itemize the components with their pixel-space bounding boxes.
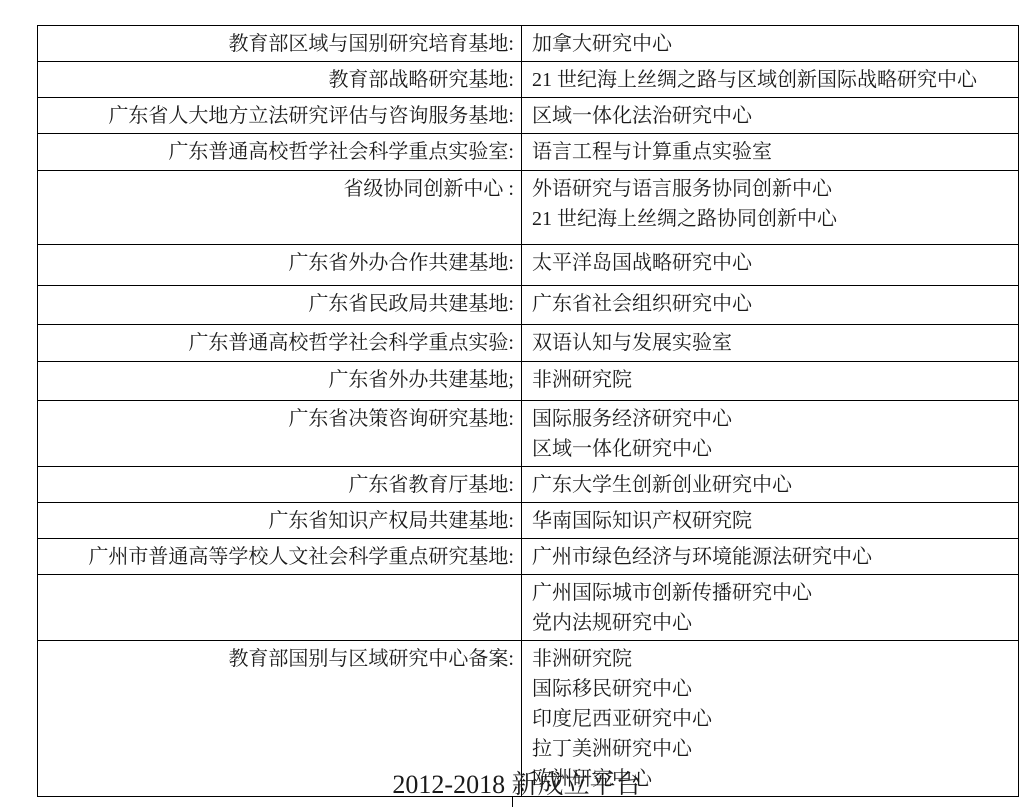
- research-platforms-table: 教育部区域与国别研究培育基地: 加拿大研究中心 教育部战略研究基地: 21 世纪…: [37, 25, 1019, 797]
- row-values: 21 世纪海上丝绸之路与区域创新国际战略研究中心: [522, 62, 1019, 98]
- row-value: 广东大学生创新创业研究中心: [532, 470, 1017, 500]
- row-values: 太平洋岛国战略研究中心: [522, 245, 1019, 286]
- row-label: 广州市普通高等学校人文社会科学重点研究基地:: [38, 539, 522, 575]
- row-label: 广东省决策咨询研究基地:: [38, 401, 522, 467]
- row-value: 国际移民研究中心: [532, 674, 1017, 704]
- row-label: 教育部战略研究基地:: [38, 62, 522, 98]
- row-value: 国际服务经济研究中心: [532, 404, 1017, 434]
- table-row: 广东省人大地方立法研究评估与咨询服务基地: 区域一体化法治研究中心: [38, 98, 1019, 134]
- row-value: 21 世纪海上丝绸之路协同创新中心: [532, 204, 1017, 234]
- row-value: 双语认知与发展实验室: [532, 328, 1017, 358]
- table-row: 教育部区域与国别研究培育基地: 加拿大研究中心: [38, 26, 1019, 62]
- row-values: 国际服务经济研究中心 区域一体化研究中心: [522, 401, 1019, 467]
- row-values: 华南国际知识产权研究院: [522, 503, 1019, 539]
- table-row: 广东省决策咨询研究基地: 国际服务经济研究中心 区域一体化研究中心: [38, 401, 1019, 467]
- row-value: 印度尼西亚研究中心: [532, 704, 1017, 734]
- row-label: [38, 575, 522, 641]
- row-label: 广东省外办共建基地;: [38, 362, 522, 401]
- row-label: 广东省外办合作共建基地:: [38, 245, 522, 286]
- row-values: 外语研究与语言服务协同创新中心 21 世纪海上丝绸之路协同创新中心: [522, 171, 1019, 245]
- row-values: 广州市绿色经济与环境能源法研究中心: [522, 539, 1019, 575]
- row-value: 区域一体化法治研究中心: [532, 101, 1017, 131]
- row-value: 非洲研究院: [532, 365, 1017, 395]
- row-values: 广东大学生创新创业研究中心: [522, 467, 1019, 503]
- row-value: 太平洋岛国战略研究中心: [532, 248, 1017, 278]
- row-value: 党内法规研究中心: [532, 608, 1017, 638]
- row-value: 加拿大研究中心: [532, 29, 1017, 59]
- table-row: 教育部战略研究基地: 21 世纪海上丝绸之路与区域创新国际战略研究中心: [38, 62, 1019, 98]
- row-label: 广东省人大地方立法研究评估与咨询服务基地:: [38, 98, 522, 134]
- table-row: 省级协同创新中心 : 外语研究与语言服务协同创新中心 21 世纪海上丝绸之路协同…: [38, 171, 1019, 245]
- row-value: 21 世纪海上丝绸之路与区域创新国际战略研究中心: [532, 65, 1017, 95]
- table-row: 广东普通高校哲学社会科学重点实验: 双语认知与发展实验室: [38, 325, 1019, 362]
- row-value: 区域一体化研究中心: [532, 434, 1017, 464]
- row-value: 拉丁美洲研究中心: [532, 734, 1017, 764]
- row-value: 华南国际知识产权研究院: [532, 506, 1017, 536]
- row-label: 广东普通高校哲学社会科学重点实验:: [38, 325, 522, 362]
- table-row: 广州国际城市创新传播研究中心 党内法规研究中心: [38, 575, 1019, 641]
- table-row: 广东省知识产权局共建基地: 华南国际知识产权研究院: [38, 503, 1019, 539]
- table-row: 广州市普通高等学校人文社会科学重点研究基地: 广州市绿色经济与环境能源法研究中心: [38, 539, 1019, 575]
- row-values: 语言工程与计算重点实验室: [522, 134, 1019, 171]
- row-values: 广州国际城市创新传播研究中心 党内法规研究中心: [522, 575, 1019, 641]
- document-page: 教育部区域与国别研究培育基地: 加拿大研究中心 教育部战略研究基地: 21 世纪…: [0, 0, 1035, 809]
- row-label: 广东省知识产权局共建基地:: [38, 503, 522, 539]
- table-row: 广东省外办合作共建基地: 太平洋岛国战略研究中心: [38, 245, 1019, 286]
- row-values: 加拿大研究中心: [522, 26, 1019, 62]
- table-row: 广东省教育厅基地: 广东大学生创新创业研究中心: [38, 467, 1019, 503]
- row-label: 广东省民政局共建基地:: [38, 286, 522, 325]
- row-values: 区域一体化法治研究中心: [522, 98, 1019, 134]
- row-label: 广东普通高校哲学社会科学重点实验室:: [38, 134, 522, 171]
- row-values: 双语认知与发展实验室: [522, 325, 1019, 362]
- row-label: 广东省教育厅基地:: [38, 467, 522, 503]
- table-row: 广东普通高校哲学社会科学重点实验室: 语言工程与计算重点实验室: [38, 134, 1019, 171]
- row-label: 教育部区域与国别研究培育基地:: [38, 26, 522, 62]
- table-row: 广东省民政局共建基地: 广东省社会组织研究中心: [38, 286, 1019, 325]
- table-row: 广东省外办共建基地; 非洲研究院: [38, 362, 1019, 401]
- row-values: 广东省社会组织研究中心: [522, 286, 1019, 325]
- row-value: 广州国际城市创新传播研究中心: [532, 578, 1017, 608]
- row-value: 语言工程与计算重点实验室: [532, 137, 1017, 167]
- row-value: 广东省社会组织研究中心: [532, 289, 1017, 319]
- table-caption: 2012-2018 新成立平台: [37, 770, 997, 800]
- row-label: 省级协同创新中心 :: [38, 171, 522, 245]
- row-value: 非洲研究院: [532, 644, 1017, 674]
- row-value: 外语研究与语言服务协同创新中心: [532, 174, 1017, 204]
- row-values: 非洲研究院: [522, 362, 1019, 401]
- row-value: 广州市绿色经济与环境能源法研究中心: [532, 542, 1017, 572]
